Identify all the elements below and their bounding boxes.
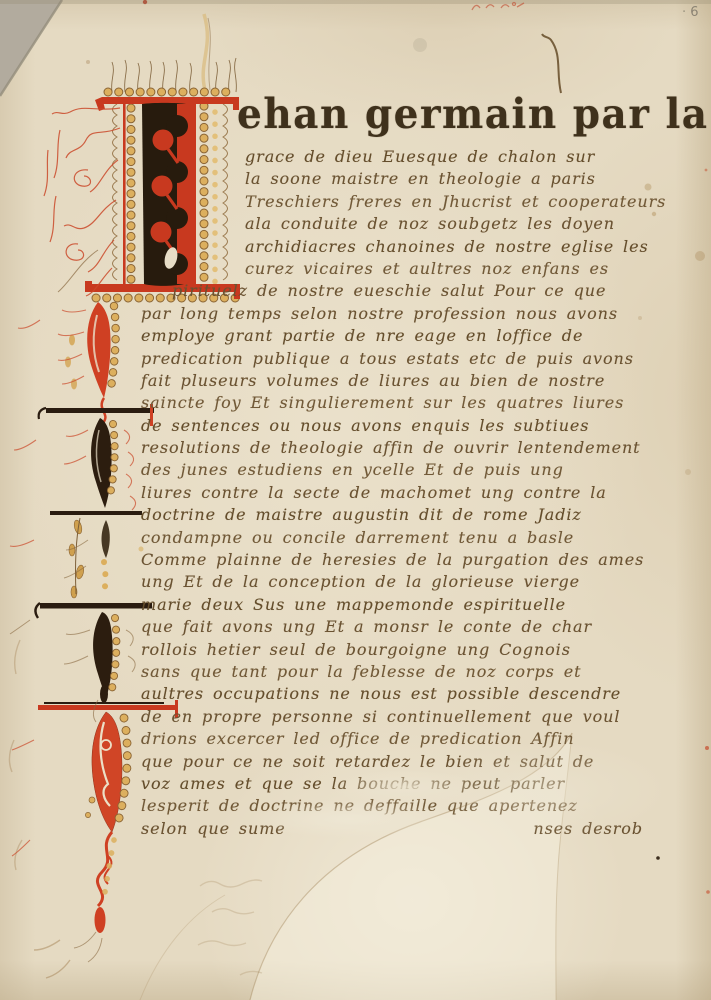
text-line: aultres occupations ne nous est possible… bbox=[141, 683, 653, 705]
text-line: que fait avons ung Et a monsr le conte d… bbox=[141, 616, 653, 638]
text-line: marie deux Sus une mappemonde espirituel… bbox=[141, 594, 653, 616]
text-line: rollois hetier seul de bourgoigne ung Co… bbox=[141, 639, 653, 661]
text-line: ala conduite de noz soubgetz les doyen bbox=[141, 213, 653, 235]
text-line: de sentences ou nous avons enquis les su… bbox=[141, 415, 653, 437]
text-line: Comme plainne de heresies de la purgatio… bbox=[141, 549, 653, 571]
text-line: archidiacres chanoines de nostre eglise … bbox=[141, 236, 653, 258]
text-line: ung Et de la conception de la glorieuse … bbox=[141, 571, 653, 593]
text-line: sans que tant pour la feblesse de noz co… bbox=[141, 661, 653, 683]
text-line: des junes estudiens en ycelle Et de puis… bbox=[141, 459, 653, 481]
text-line: voz ames et que se la bouche ne peut par… bbox=[141, 773, 653, 795]
text-line: liures contre la secte de machomet ung c… bbox=[141, 482, 653, 504]
text-line: resolutions de theologie affin de ouvrir… bbox=[141, 437, 653, 459]
text-line: Treschiers freres en Jhucrist et coopera… bbox=[141, 191, 653, 213]
text-line: que pour ce ne soit retardez le bien et … bbox=[141, 751, 653, 773]
text-line-fragment: nses desrob bbox=[533, 818, 643, 840]
text-line: saincte foy Et singulierement sur les qu… bbox=[141, 392, 653, 414]
heading-ascender-flourish bbox=[203, 14, 561, 93]
text-line: lesperit de doctrine ne deffaille que ap… bbox=[141, 795, 653, 817]
heading-line: ehan germain par la bbox=[237, 90, 709, 139]
text-line: pirituelz de nostre eueschie salut Pour … bbox=[141, 280, 653, 302]
text-line: drions excercer led office de predicatio… bbox=[141, 728, 653, 750]
folio-number: 6 bbox=[682, 5, 699, 20]
text-line: grace de dieu Euesque de chalon sur bbox=[141, 146, 653, 168]
text-line: curez vicaires et aultres noz enfans es bbox=[141, 258, 653, 280]
text-line-damaged: selon que sume nses desrob bbox=[141, 818, 643, 840]
text-block: grace de dieu Euesque de chalon sur la s… bbox=[141, 146, 653, 840]
text-line: de en propre personne si continuellement… bbox=[141, 706, 653, 728]
text-line: predication publique a tous estats etc d… bbox=[141, 348, 653, 370]
text-line: par long temps selon nostre profession n… bbox=[141, 303, 653, 325]
text-line: employe grant partie de nre eage en loff… bbox=[141, 325, 653, 347]
page-edge bbox=[0, 0, 711, 96]
text-line: condampne ou concile darrement tenu a ba… bbox=[141, 527, 653, 549]
heading-text: ehan germain par la bbox=[237, 90, 709, 139]
text-line-fragment: selon que sume bbox=[141, 818, 286, 840]
text-line: la soone maistre en theologie a paris bbox=[141, 168, 653, 190]
text-line: fait pluseurs volumes de liures au bien … bbox=[141, 370, 653, 392]
text-line: doctrine de maistre augustin dit de rome… bbox=[141, 504, 653, 526]
manuscript-page: 6 ehan germain par la grace de dieu Eues… bbox=[0, 0, 711, 1000]
